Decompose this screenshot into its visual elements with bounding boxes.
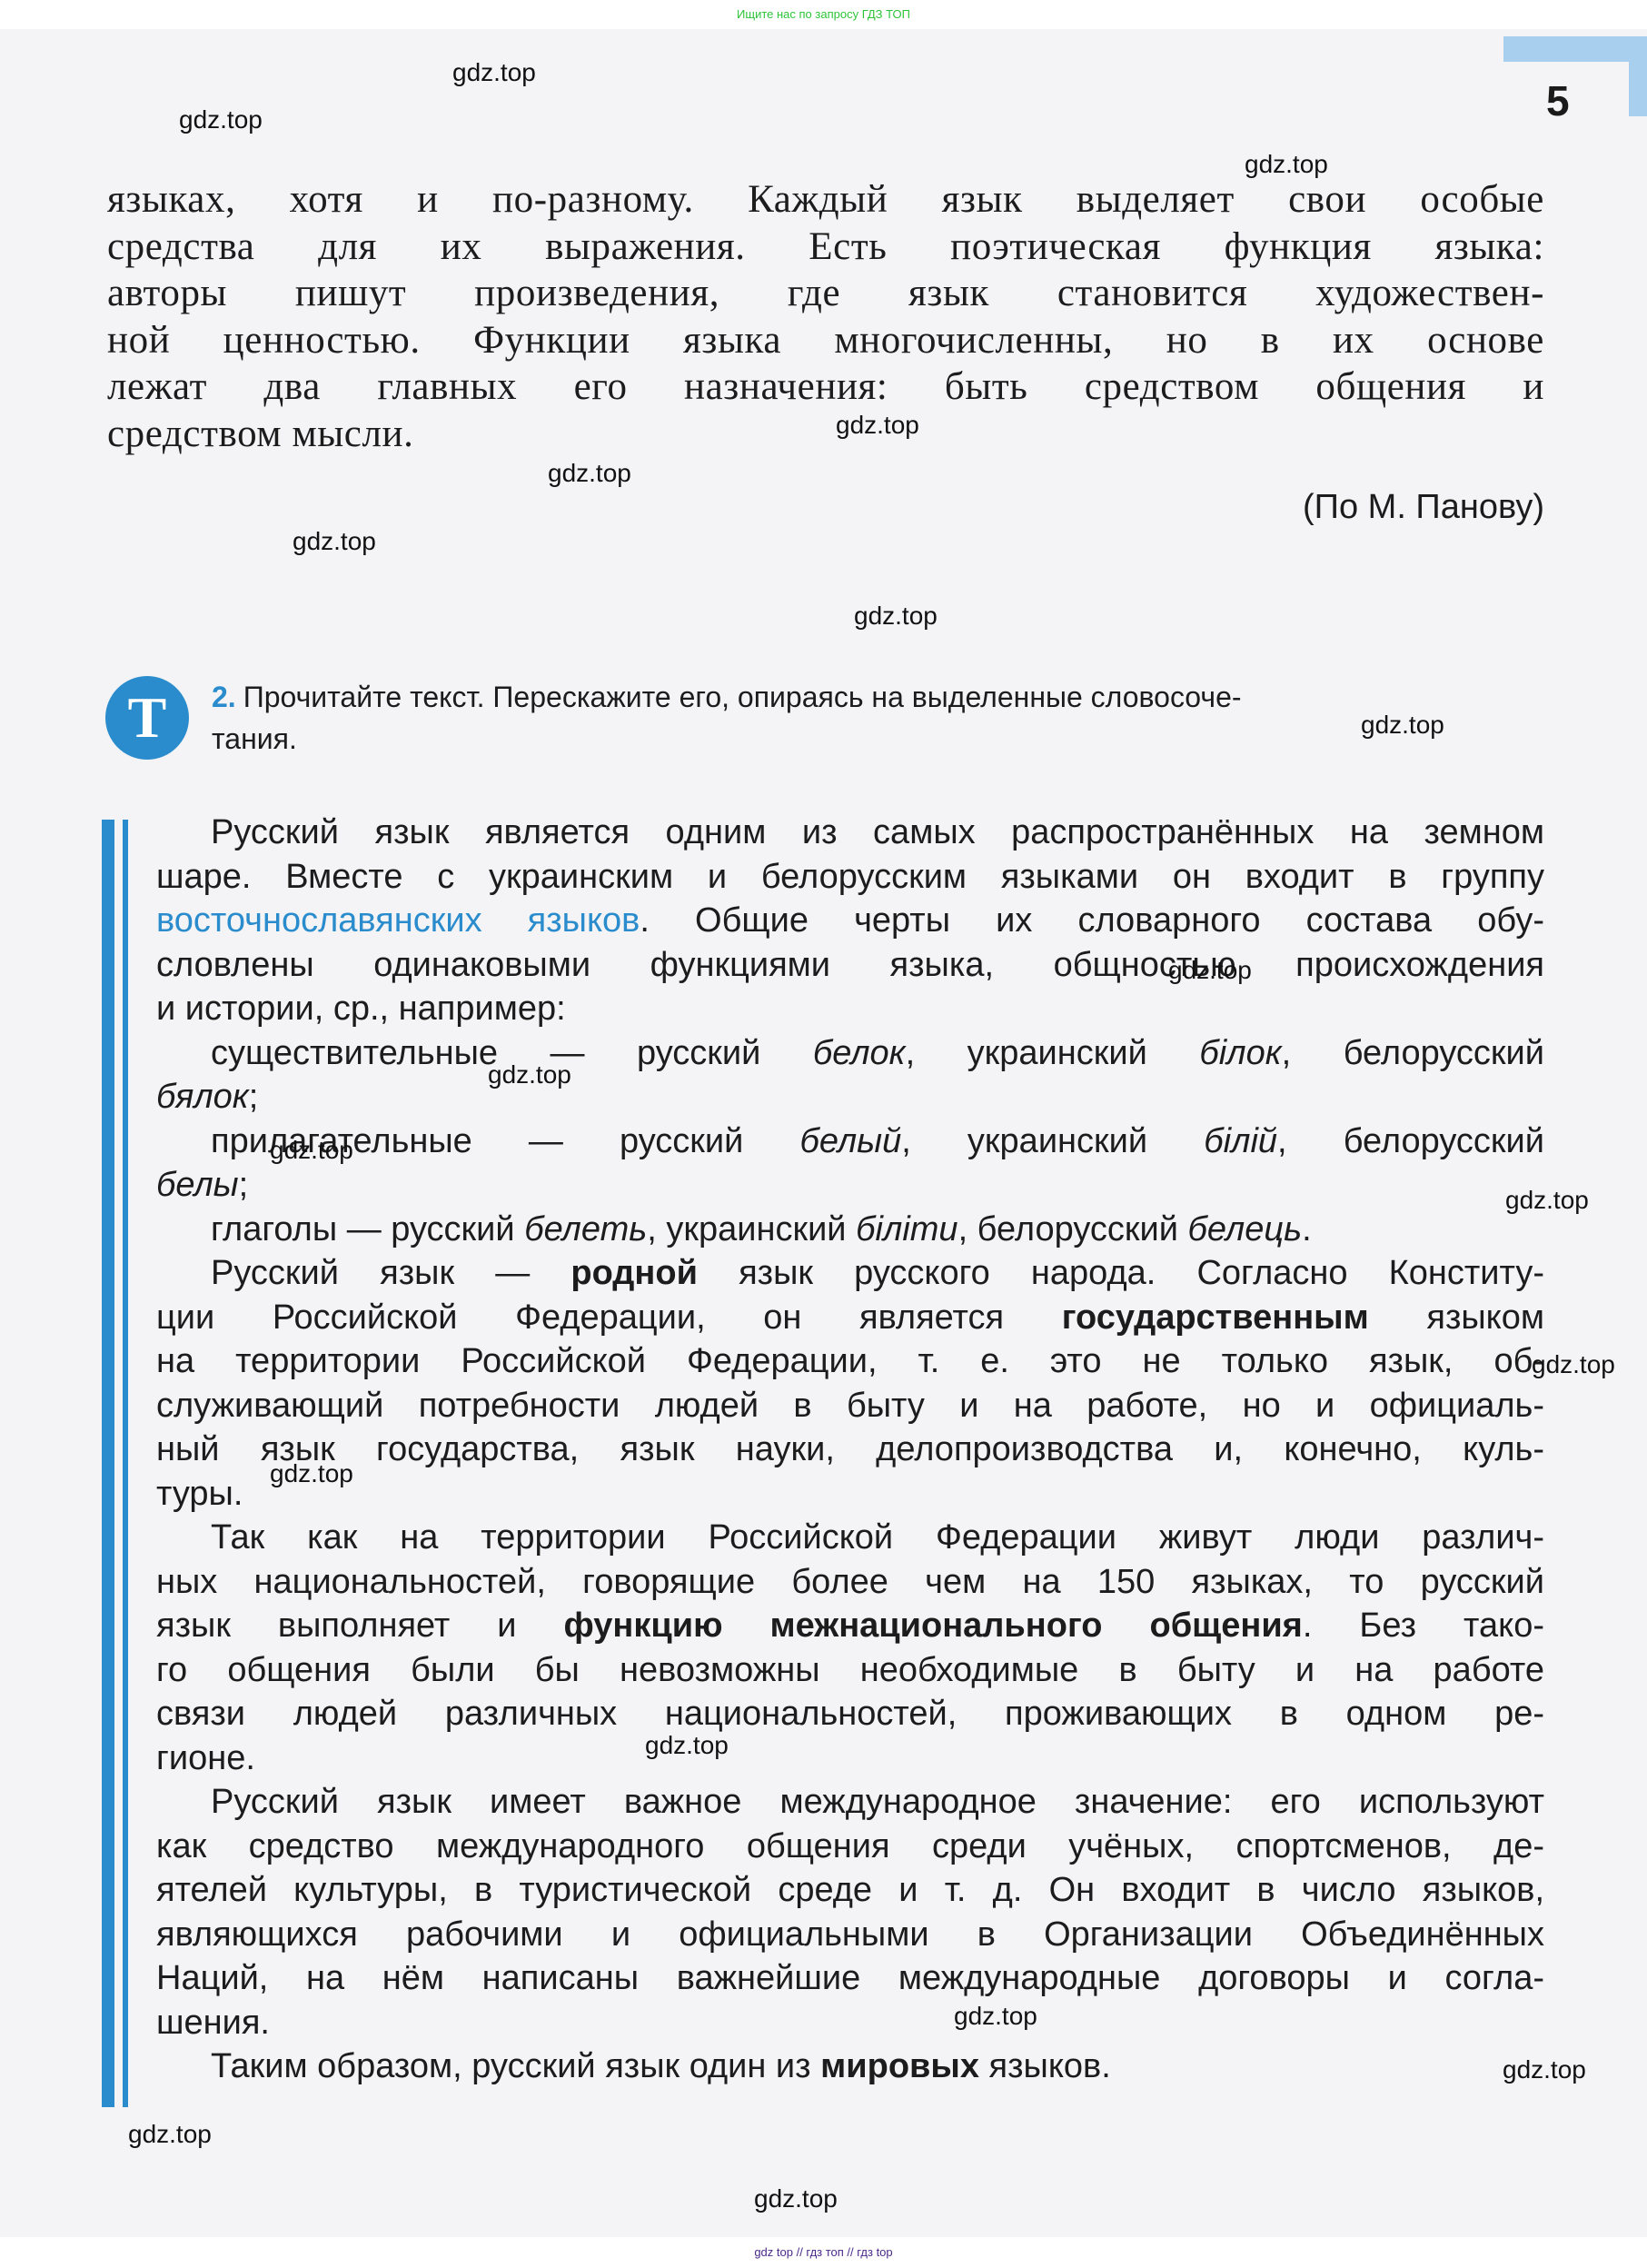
watermark-text: gdz.top: [1245, 150, 1328, 179]
text-line: восточнославянских языков. Общие черты и…: [156, 899, 1544, 943]
text-line: связи людей различных национальностей, п…: [156, 1692, 1544, 1736]
watermark-text: gdz.top: [270, 1459, 353, 1488]
top-banner-text: Ищите нас по запросу ГДЗ ТОП: [737, 7, 910, 21]
text-line: ных национальностей, говорящие более чем…: [156, 1560, 1544, 1605]
text-line: шаре. Вместе с украинским и белорусским …: [156, 855, 1544, 900]
text-line: Таким образом, русский язык один из миро…: [156, 2044, 1544, 2089]
watermark-text: gdz.top: [1505, 1186, 1589, 1215]
text-line: шения.: [156, 2001, 1544, 2045]
watermark-text: gdz.top: [293, 527, 376, 556]
top-banner: Ищите нас по запросу ГДЗ ТОП: [0, 0, 1647, 29]
quote-line: средством мысли.: [107, 411, 1544, 458]
reading-text: Русский язык является одним из самых рас…: [156, 811, 1544, 2089]
term-highlight: восточнославянских языков: [156, 901, 640, 940]
key-phrase: родной: [570, 1254, 698, 1292]
watermark-text: gdz.top: [1168, 956, 1252, 985]
quote-paragraph: языках, хотя и по-разному. Каждый язык в…: [107, 176, 1544, 457]
watermark-text: gdz.top: [836, 411, 919, 440]
example-nouns: существительные — русский белок, украинс…: [156, 1031, 1544, 1076]
quote-attribution: (По М. Панову): [1303, 488, 1544, 527]
key-phrase: функцию межнационального общения: [564, 1606, 1303, 1645]
text-task-badge-icon: Т: [105, 676, 189, 760]
quote-line: ной ценностью. Функции языка многочислен…: [107, 317, 1544, 364]
page-number: 5: [1546, 76, 1570, 125]
quote-line: лежат два главных его назначения: быть с…: [107, 363, 1544, 411]
bottom-banner: gdz top // гдз топ // гдз top: [0, 2237, 1647, 2268]
text-line: туры.: [156, 1472, 1544, 1517]
task-instruction: 2.Прочитайте текст. Перескажите его, опи…: [212, 676, 1547, 760]
task-number: 2.: [212, 681, 236, 713]
watermark-text: gdz.top: [488, 1060, 571, 1089]
quote-line: средства для их выражения. Есть поэтичес…: [107, 224, 1544, 271]
watermark-text: gdz.top: [854, 602, 938, 631]
watermark-text: gdz.top: [452, 58, 536, 87]
watermark-text: gdz.top: [754, 2184, 838, 2213]
task-text-line1: Прочитайте текст. Перескажите его, опира…: [243, 681, 1242, 713]
watermark-text: gdz.top: [954, 2002, 1037, 2031]
watermark-text: gdz.top: [1532, 1350, 1615, 1379]
text-line: являющихся рабочими и официальными в Орг…: [156, 1913, 1544, 1957]
text-line: ятелей культуры, в туристической среде и…: [156, 1868, 1544, 1913]
example-adjectives-cont: белы;: [156, 1163, 1544, 1208]
bottom-banner-text: gdz top // гдз топ // гдз top: [754, 2245, 892, 2259]
watermark-text: gdz.top: [645, 1731, 729, 1760]
text-line: гионе.: [156, 1736, 1544, 1781]
watermark-text: gdz.top: [128, 2120, 212, 2149]
text-line: словлены одинаковыми функциями языка, об…: [156, 943, 1544, 988]
reading-text-marker-bar: [102, 820, 114, 2107]
quote-line: авторы пишут произведения, где язык стан…: [107, 270, 1544, 317]
key-phrase: государственным: [1062, 1298, 1369, 1337]
badge-letter: Т: [128, 689, 167, 747]
example-verbs: глаголы — русский белеть, украинский біл…: [156, 1208, 1544, 1252]
watermark-text: gdz.top: [270, 1136, 353, 1165]
key-phrase: мировых: [820, 2047, 979, 2085]
example-nouns-cont: бялок;: [156, 1075, 1544, 1119]
example-adjectives: прилагательные — русский белый, украинск…: [156, 1119, 1544, 1164]
watermark-text: gdz.top: [1503, 2055, 1586, 2084]
text-line: го общения были бы невозможны необходимы…: [156, 1648, 1544, 1693]
text-line: служивающий потребности людей в быту и н…: [156, 1384, 1544, 1428]
textbook-page: 5 языках, хотя и по-разному. Каждый язык…: [0, 29, 1647, 2237]
text-line: язык выполняет и функцию межнациональног…: [156, 1604, 1544, 1648]
text-line: Русский язык имеет важное международное …: [156, 1780, 1544, 1825]
text-line: Русский язык — родной язык русского наро…: [156, 1251, 1544, 1296]
page-corner-tab-edge: [1629, 36, 1647, 116]
text-line: на территории Российской Федерации, т. е…: [156, 1339, 1544, 1384]
page-corner-tab: [1503, 36, 1647, 62]
task-text-line2: тания.: [212, 722, 297, 755]
text-line: ный язык государства, язык науки, делопр…: [156, 1427, 1544, 1472]
text-line: как средство международного общения сред…: [156, 1825, 1544, 1869]
text-line: Так как на территории Российской Федерац…: [156, 1516, 1544, 1560]
text-line: Русский язык является одним из самых рас…: [156, 811, 1544, 855]
text-line: ции Российской Федерации, он является го…: [156, 1296, 1544, 1340]
watermark-text: gdz.top: [1361, 711, 1444, 740]
text-line: Наций, на нём написаны важнейшие междуна…: [156, 1956, 1544, 2001]
watermark-text: gdz.top: [548, 459, 631, 488]
text-line: и истории, ср., например:: [156, 987, 1544, 1031]
quote-line: языках, хотя и по-разному. Каждый язык в…: [107, 176, 1544, 224]
watermark-text: gdz.top: [179, 105, 263, 134]
reading-text-marker-bar-thin: [123, 820, 128, 2107]
